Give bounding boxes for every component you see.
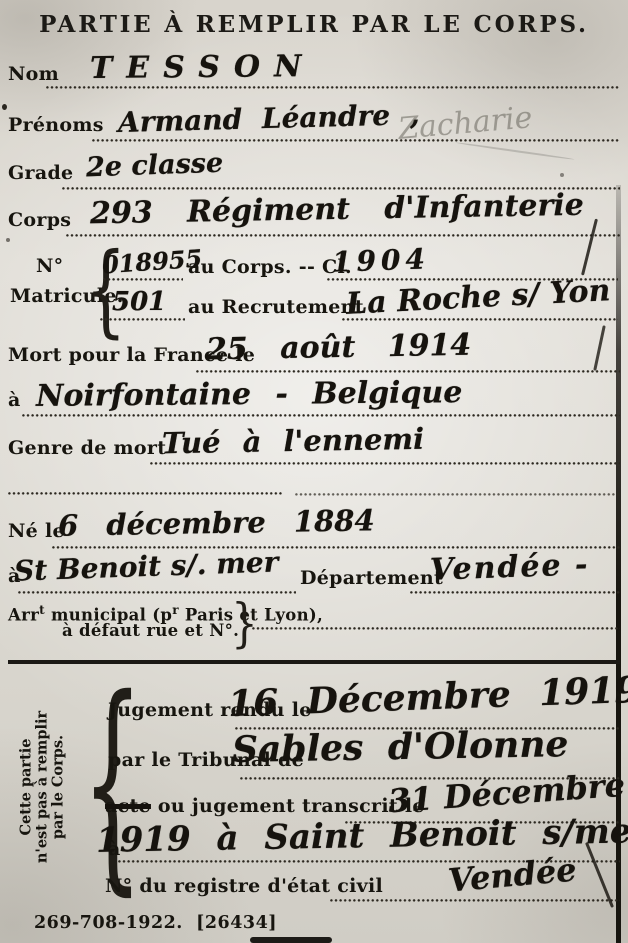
margin-note-line: n'est pas à remplir	[35, 690, 51, 885]
section-divider-dotted	[8, 492, 283, 495]
grade-value: 2e classe	[86, 148, 224, 184]
grade-label: Grade	[8, 162, 73, 184]
scan-speck	[560, 173, 564, 177]
print-code: 269-708-1922. [26434]	[34, 913, 277, 933]
nom-value: TESSON	[90, 49, 316, 86]
ne-le-label: Né le	[8, 520, 65, 542]
arr-municipal-label-line2: à défaut rue et N°.	[62, 621, 239, 640]
ne-date-value: 6 décembre 1884	[58, 503, 375, 543]
arr-close-brace: }	[231, 598, 257, 650]
dotted-leader	[150, 462, 620, 465]
dotted-leader	[196, 370, 620, 373]
scan-smudge	[250, 937, 332, 943]
death-record-card: PARTIE À REMPLIR PAR LE CORPS. Nom TESSO…	[0, 0, 628, 943]
registre-value: Vendée	[447, 850, 578, 899]
form-title: PARTIE À REMPLIR PAR LE CORPS.	[0, 11, 628, 38]
genre-mort-label: Genre de mort	[8, 437, 166, 459]
pen-flourish	[581, 219, 597, 276]
scan-speck	[2, 104, 7, 110]
dotted-leader	[92, 139, 620, 142]
jugement-rendu-value: 16 Décembre 1919	[227, 669, 628, 725]
section-divider-dotted	[295, 493, 620, 496]
matricule-no-label: N°	[36, 255, 63, 277]
dotted-leader	[330, 899, 620, 902]
naissance-lieu-value: St Benoit s/. mer	[14, 545, 279, 587]
corps-label: Corps	[8, 209, 71, 231]
prenoms-label: Prénoms	[8, 114, 104, 136]
margin-note: Cette partie n'est pas à remplir par le …	[19, 690, 67, 885]
mort-date-value: 25 août 1914	[206, 328, 472, 368]
dotted-leader	[100, 318, 185, 321]
dotted-leader	[252, 627, 620, 630]
nom-label: Nom	[8, 63, 59, 85]
departement-value: Vendée -	[429, 547, 590, 588]
dotted-leader	[46, 86, 620, 89]
margin-note-line: par le Corps.	[51, 690, 67, 885]
matricule-recrutement-value: 501	[112, 287, 166, 317]
margin-note-line: Cette partie	[19, 690, 35, 885]
genre-mort-value: Tué à l'ennemi	[162, 422, 425, 461]
prenoms-value: Armand Léandre ,	[118, 98, 420, 139]
mort-lieu-label: à	[8, 389, 21, 411]
au-recrutement-label: au Recrutement	[188, 296, 364, 318]
dotted-leader	[22, 414, 620, 417]
departement-label: Département	[300, 567, 443, 589]
registre-label: N° du registre d'état civil	[105, 875, 383, 897]
print-ref: [26434]	[196, 913, 277, 933]
classe-value: 1904	[331, 242, 430, 278]
au-corps-label: au Corps. -- Cl.	[188, 256, 352, 278]
acte-struck-word: acte	[105, 795, 151, 817]
pen-flourish	[593, 325, 605, 371]
tribunal-value: Sables d'Olonne	[232, 723, 569, 771]
scan-speck	[6, 238, 10, 242]
dotted-leader	[410, 591, 620, 594]
corps-value: 293 Régiment d'Infanterie	[90, 188, 584, 232]
transcrit-label: acte ou jugement transcrit le	[105, 795, 425, 817]
mort-lieu-value: Noirfontaine - Belgique	[36, 375, 463, 414]
pencil-stroke	[455, 142, 574, 161]
dotted-leader	[66, 234, 620, 237]
